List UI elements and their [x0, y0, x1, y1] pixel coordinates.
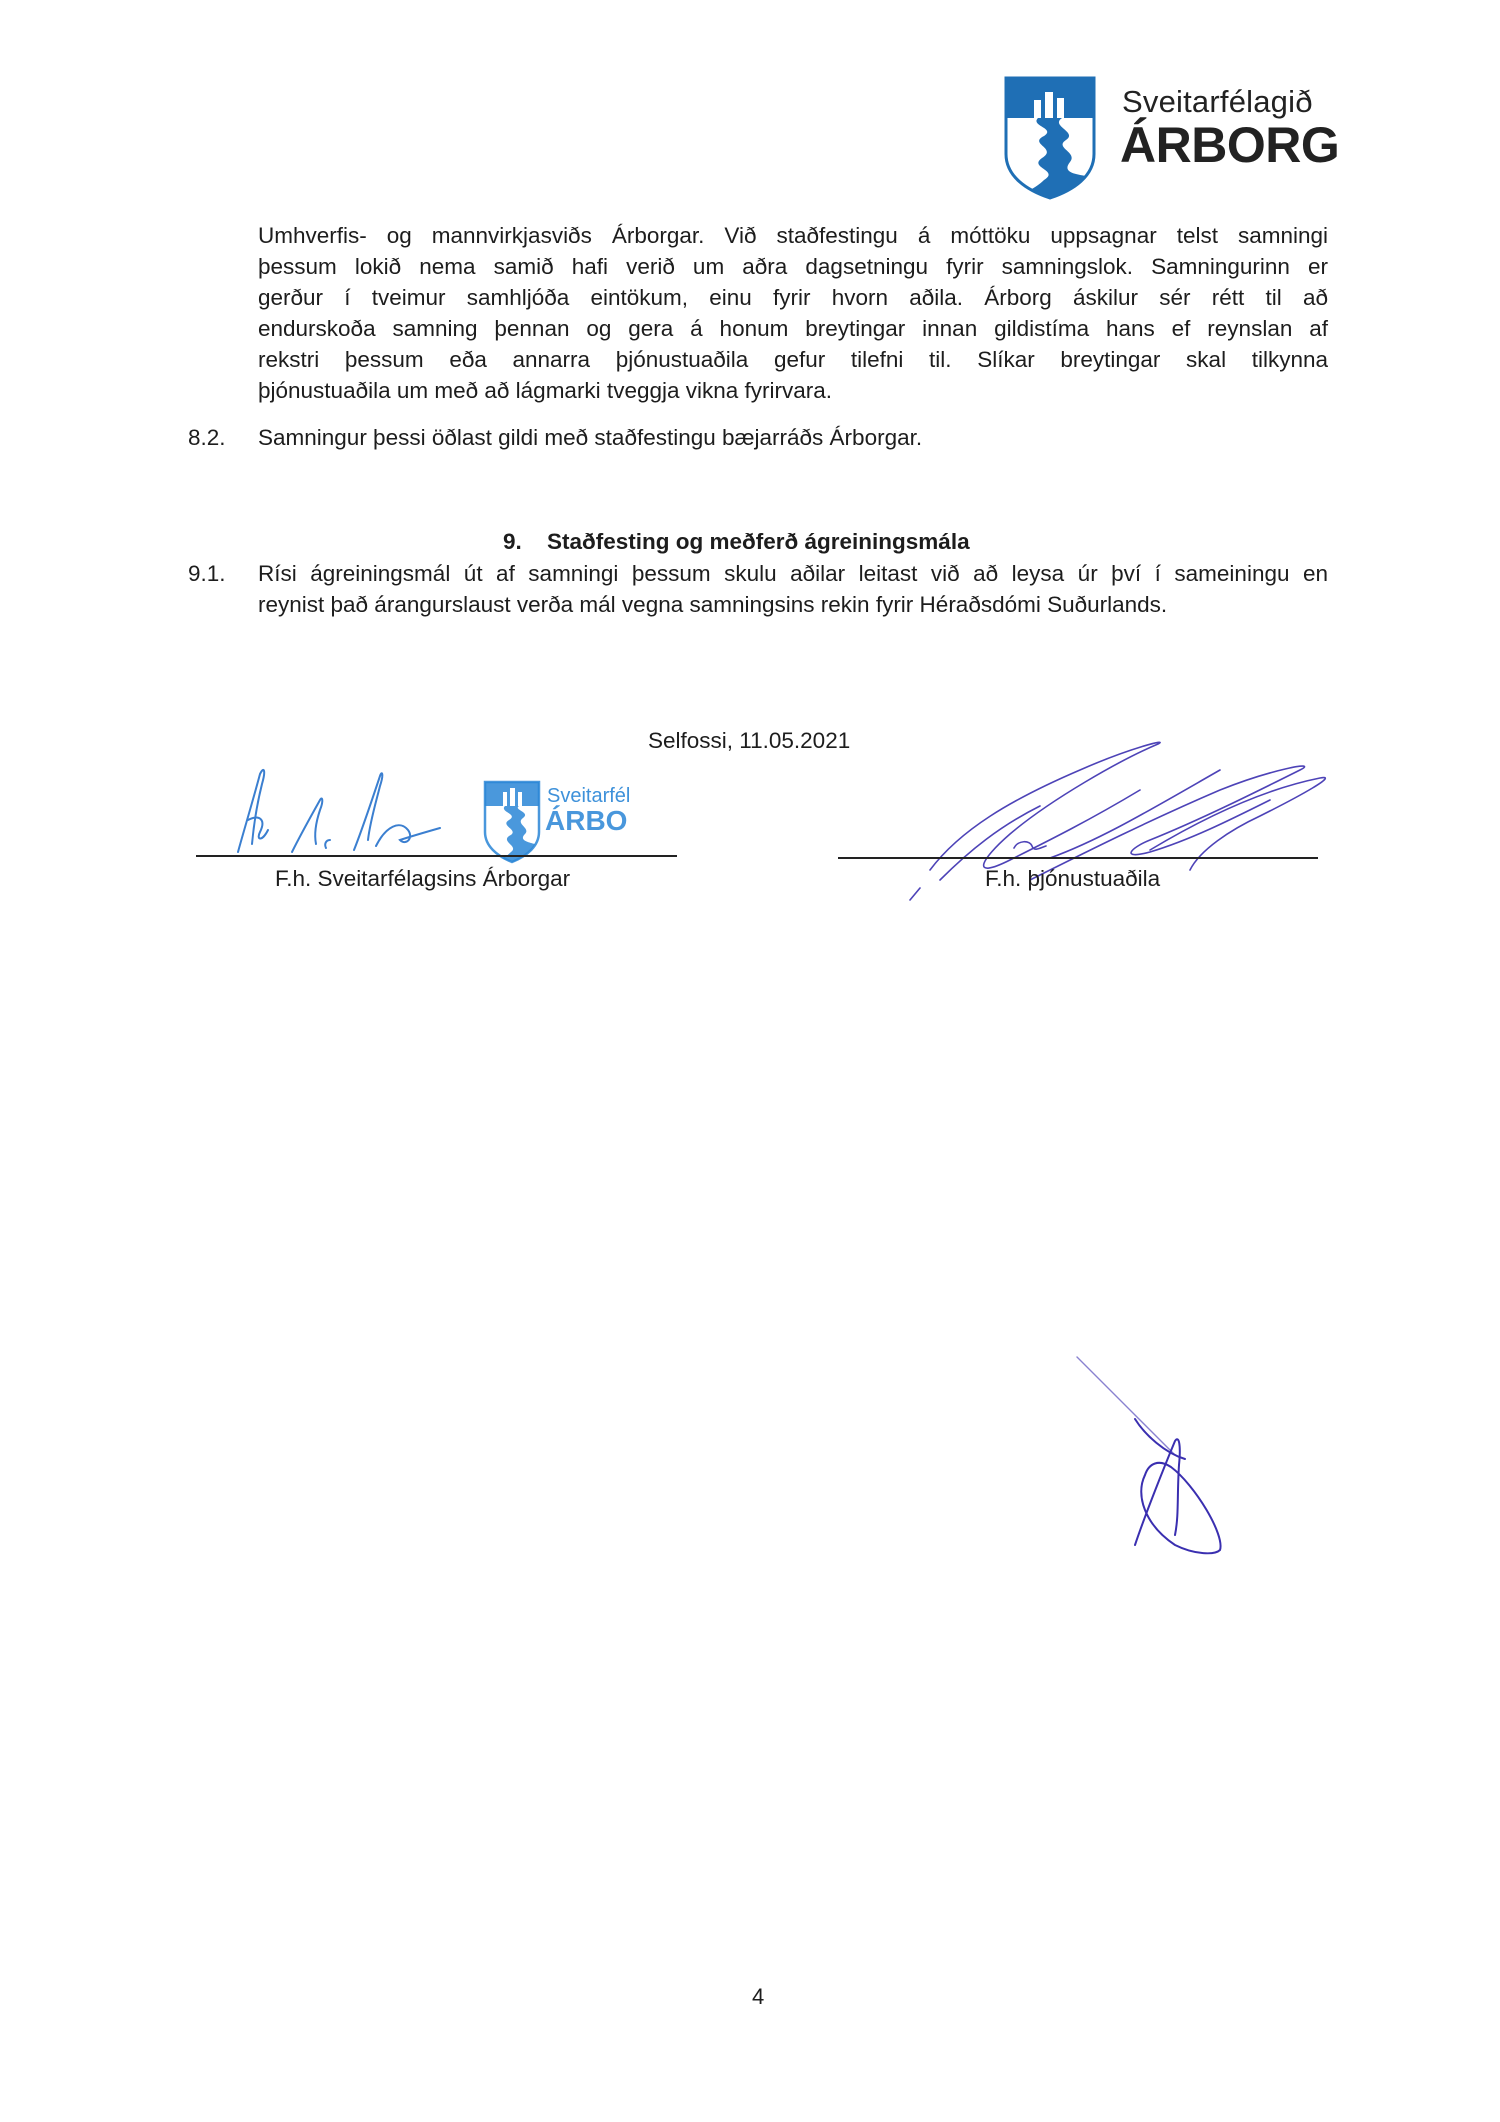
clause-8-2-text: Samningur þessi öðlast gildi með staðfes…: [258, 422, 1328, 453]
text-line: Umhverfis- og mannvirkjasviðs Árborgar. …: [258, 220, 1328, 251]
stamp-text-main: ÁRBO: [545, 805, 627, 836]
clause-8-1-continuation: Umhverfis- og mannvirkjasviðs Árborgar. …: [258, 220, 1328, 406]
signature-line-right: [838, 857, 1318, 859]
text-line: þjónustuaðila um með að lágmarki tveggja…: [258, 375, 1328, 406]
section-9-heading: 9.Staðfesting og meðferð ágreiningsmála: [503, 526, 970, 557]
initials-mark-icon: [1075, 1355, 1255, 1575]
signature-label-left: F.h. Sveitarfélagsins Árborgar: [275, 866, 570, 892]
signature-label-right: F.h. þjónustuaðila: [985, 866, 1160, 892]
document-page: Sveitarfélagið ÁRBORG Umhverfis- og mann…: [0, 0, 1500, 2122]
arborg-logo: Sveitarfélagið ÁRBORG: [1004, 76, 1344, 200]
clause-9-1-text: Rísi ágreiningsmál út af samningi þessum…: [258, 558, 1328, 620]
arborg-shield-icon: [1004, 76, 1096, 200]
text-line: rekstri þessum eða annarra þjónustuaðila…: [258, 344, 1328, 375]
section-number: 9.: [503, 526, 547, 557]
signature-line-left: [196, 855, 677, 857]
stamp-text-top: Sveitarfél: [547, 785, 630, 807]
signature-left-icon: [230, 760, 470, 860]
clause-9-1-number: 9.1.: [188, 558, 226, 589]
place-and-date: Selfossi, 11.05.2021: [648, 728, 850, 754]
section-title: Staðfesting og meðferð ágreiningsmála: [547, 529, 970, 554]
clause-8-2-number: 8.2.: [188, 422, 226, 453]
text-line: endurskoða samning þennan og gera á honu…: [258, 313, 1328, 344]
brand-subtitle: Sveitarfélagið: [1122, 84, 1313, 120]
text-line: gerður í tveimur samhljóða eintökum, ein…: [258, 282, 1328, 313]
brand-title: ÁRBORG: [1120, 116, 1339, 174]
page-number: 4: [752, 1984, 764, 2010]
text-line: þessum lokið nema samið hafi verið um að…: [258, 251, 1328, 282]
text-line: Rísi ágreiningsmál út af samningi þessum…: [258, 558, 1328, 589]
text-line: reynist það árangurslaust verða mál vegn…: [258, 589, 1328, 620]
